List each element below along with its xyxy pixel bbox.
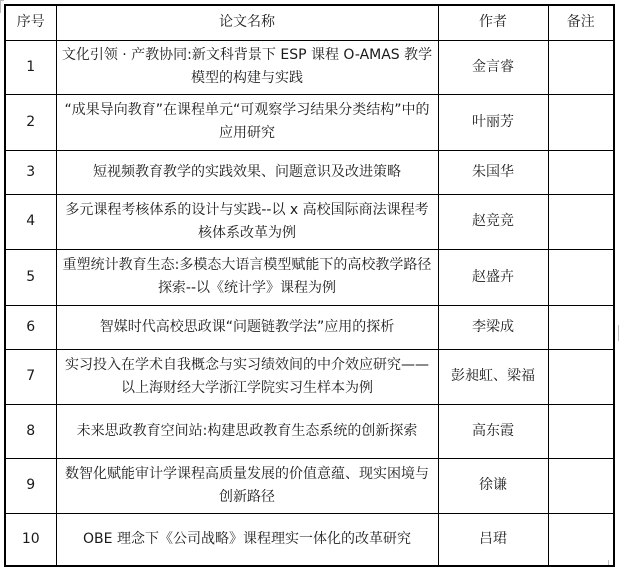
cell-remark — [548, 150, 614, 194]
table-row: 8 未来思政教育空间站:构建思政教育生态系统的创新探索 高东霞 — [5, 404, 614, 458]
cell-title: 短视频教育教学的实践效果、问题意识及改进策略 — [56, 150, 438, 194]
cell-author: 朱国华 — [438, 150, 548, 194]
cell-remark — [548, 40, 614, 94]
table-row: 2 “成果导向教育”在课程单元“可观察学习结果分类结构”中的应用研究 叶丽芳 — [5, 94, 614, 150]
cell-no: 6 — [5, 305, 56, 349]
cell-author: 李梁成 — [438, 305, 548, 349]
cell-author: 彭昶虹、梁福 — [438, 349, 548, 404]
cell-title: 实习投入在学术自我概念与实习绩效间的中介效应研究——以上海财经大学浙江学院实习生… — [56, 349, 438, 404]
table-row: 5 重塑统计教育生态:多模态大语言模型赋能下的高校教学路径探索--以《统计学》课… — [5, 249, 614, 305]
cell-title: 文化引领 · 产教协同:新文科背景下 ESP 课程 O-AMAS 教学模型的构建… — [56, 40, 438, 94]
header-cell-author: 作者 — [438, 5, 548, 40]
cell-remark — [548, 349, 614, 404]
cell-remark — [548, 305, 614, 349]
cell-remark — [548, 249, 614, 305]
cell-no: 2 — [5, 94, 56, 150]
cell-title: 智媒时代高校思政课“问题链教学法”应用的探析 — [56, 305, 438, 349]
cell-title: 多元课程考核体系的设计与实践--以 x 高校国际商法课程考核体系改革为例 — [56, 194, 438, 249]
cell-author: 叶丽芳 — [438, 94, 548, 150]
cell-no: 3 — [5, 150, 56, 194]
table-row: 7 实习投入在学术自我概念与实习绩效间的中介效应研究——以上海财经大学浙江学院实… — [5, 349, 614, 404]
cell-author: 吕珺 — [438, 513, 548, 566]
cell-no: 7 — [5, 349, 56, 404]
table-row: 9 数智化赋能审计学课程高质量发展的价值意蕴、现实困境与创新路径 徐谦 — [5, 458, 614, 513]
table-row: 4 多元课程考核体系的设计与实践--以 x 高校国际商法课程考核体系改革为例 赵… — [5, 194, 614, 249]
table-row: 3 短视频教育教学的实践效果、问题意识及改进策略 朱国华 — [5, 150, 614, 194]
cell-title: 重塑统计教育生态:多模态大语言模型赋能下的高校教学路径探索--以《统计学》课程为… — [56, 249, 438, 305]
cell-no: 4 — [5, 194, 56, 249]
cell-remark — [548, 513, 614, 566]
cell-author: 赵盛卉 — [438, 249, 548, 305]
cell-author: 高东霞 — [438, 404, 548, 458]
cell-remark — [548, 194, 614, 249]
cell-no: 5 — [5, 249, 56, 305]
cell-author: 徐谦 — [438, 458, 548, 513]
cell-title: “成果导向教育”在课程单元“可观察学习结果分类结构”中的应用研究 — [56, 94, 438, 150]
table-row: 6 智媒时代高校思政课“问题链教学法”应用的探析 李梁成 — [5, 305, 614, 349]
document-page: 序号 论文名称 作者 备注 1 文化引领 · 产教协同:新文科背景下 ESP 课… — [0, 0, 619, 568]
cell-title: 未来思政教育空间站:构建思政教育生态系统的创新探索 — [56, 404, 438, 458]
header-cell-no: 序号 — [5, 5, 56, 40]
table-row: 10 OBE 理念下《公司战略》课程理实一体化的改革研究 吕珺 — [5, 513, 614, 566]
cell-no: 9 — [5, 458, 56, 513]
header-cell-remark: 备注 — [548, 5, 614, 40]
header-cell-title: 论文名称 — [56, 5, 438, 40]
cell-title: 数智化赋能审计学课程高质量发展的价值意蕴、现实困境与创新路径 — [56, 458, 438, 513]
header-row: 序号 论文名称 作者 备注 — [5, 5, 614, 40]
cell-author: 金言睿 — [438, 40, 548, 94]
paper-list-table: 序号 论文名称 作者 备注 1 文化引领 · 产教协同:新文科背景下 ESP 课… — [4, 4, 615, 567]
cell-title: OBE 理念下《公司战略》课程理实一体化的改革研究 — [56, 513, 438, 566]
cell-remark — [548, 458, 614, 513]
cell-remark — [548, 94, 614, 150]
cell-no: 10 — [5, 513, 56, 566]
cell-author: 赵竞竞 — [438, 194, 548, 249]
table-row: 1 文化引领 · 产教协同:新文科背景下 ESP 课程 O-AMAS 教学模型的… — [5, 40, 614, 94]
screen-artifact-right — [615, 325, 619, 341]
cell-remark — [548, 404, 614, 458]
cell-no: 8 — [5, 404, 56, 458]
cell-no: 1 — [5, 40, 56, 94]
